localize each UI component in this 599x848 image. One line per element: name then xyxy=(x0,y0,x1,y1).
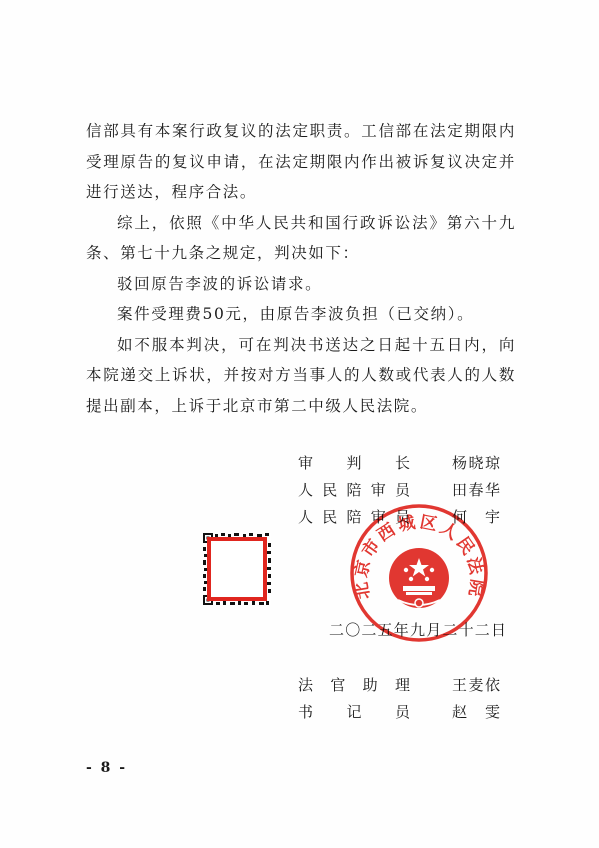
signature-role: 审 判 长 xyxy=(298,452,410,478)
paragraph-appeal: 如不服本判决，可在判决书送达之日起十五日内，向本院递交上诉状，并按对方当事人的人… xyxy=(86,330,516,422)
signature-name: 赵 雯 xyxy=(452,701,500,722)
signature-row-presiding-judge: 审 判 长 杨 晓 琼 xyxy=(298,452,410,478)
judgment-body: 信部具有本案行政复议的法定职责。工信部在法定期限内受理原告的复议申请，在法定期限… xyxy=(86,116,516,421)
signature-name: 王 麦 依 xyxy=(452,674,500,695)
signature-name: 田 春 华 xyxy=(452,479,500,500)
paragraph-ruling: 驳回原告李波的诉讼请求。 xyxy=(86,269,516,300)
signature-name: 杨 晓 琼 xyxy=(452,452,500,473)
signature-role: 法 官 助 理 xyxy=(298,674,410,700)
court-seal: 北京市西城区人民法院 xyxy=(348,502,490,644)
paragraph-basis: 综上，依照《中华人民共和国行政诉讼法》第六十九条、第七十九条之规定，判决如下： xyxy=(86,208,516,269)
signature-row-court-clerk: 书 记 员 赵 雯 xyxy=(298,701,410,727)
document-page: 信部具有本案行政复议的法定职责。工信部在法定期限内受理原告的复议申请，在法定期限… xyxy=(0,0,599,848)
court-seal-icon: 北京市西城区人民法院 xyxy=(348,502,490,644)
page-number: - 8 - xyxy=(86,760,127,776)
signature-role: 书 记 员 xyxy=(298,701,410,727)
paragraph-fee: 案件受理费50元，由原告李波负担（已交纳）。 xyxy=(86,299,516,330)
qr-code xyxy=(203,533,271,605)
signature-row-judge-assistant: 法 官 助 理 王 麦 依 xyxy=(298,674,410,700)
qr-code-icon xyxy=(203,533,271,605)
paragraph-legality: 信部具有本案行政复议的法定职责。工信部在法定期限内受理原告的复议申请，在法定期限… xyxy=(86,116,516,208)
